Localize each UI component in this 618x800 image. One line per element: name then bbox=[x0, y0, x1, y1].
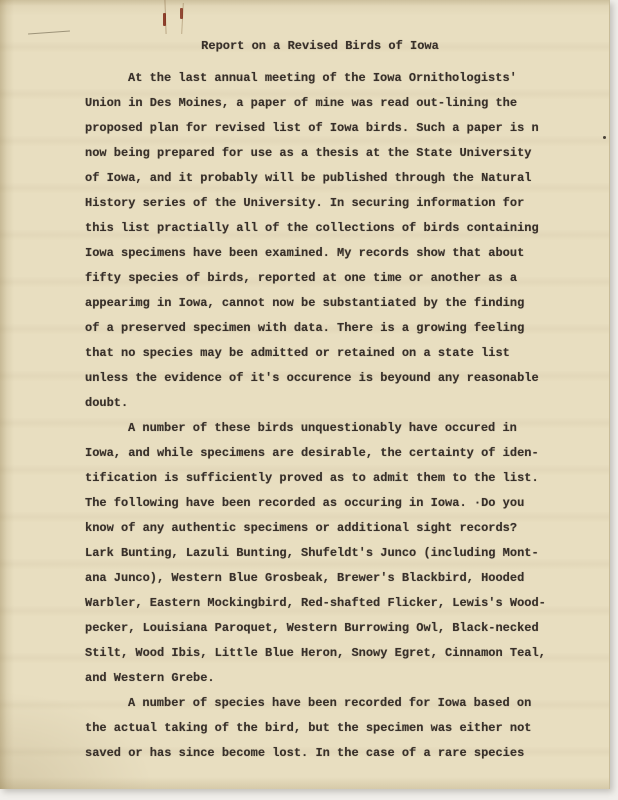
text-line: Iowa specimens have been examined. My re… bbox=[85, 241, 560, 266]
text-line: The following have been recorded as occu… bbox=[85, 491, 560, 516]
text-line: proposed plan for revised list of Iowa b… bbox=[85, 116, 560, 141]
text-line: Warbler, Eastern Mockingbird, Red-shafte… bbox=[85, 591, 560, 616]
text-line: that no species may be admitted or retai… bbox=[85, 341, 560, 366]
scratch-mark bbox=[28, 31, 70, 35]
text-line: doubt. bbox=[85, 391, 560, 416]
text-line: A number of these birds unquestionably h… bbox=[85, 416, 560, 441]
text-line: Union in Des Moines, a paper of mine was… bbox=[85, 91, 560, 116]
text-line: At the last annual meeting of the Iowa O… bbox=[85, 66, 560, 91]
rust-stain bbox=[163, 13, 166, 26]
text-line: this list practially all of the collecti… bbox=[85, 216, 560, 241]
text-line: pecker, Louisiana Paroquet, Western Burr… bbox=[85, 616, 560, 641]
text-line: Stilt, Wood Ibis, Little Blue Heron, Sno… bbox=[85, 641, 560, 666]
document-page: Report on a Revised Birds of Iowa At the… bbox=[0, 0, 610, 789]
scan-backdrop: Report on a Revised Birds of Iowa At the… bbox=[0, 0, 618, 800]
body-lines: At the last annual meeting of the Iowa O… bbox=[85, 66, 560, 766]
text-line: fifty species of birds, reported at one … bbox=[85, 266, 560, 291]
text-line: the actual taking of the bird, but the s… bbox=[85, 716, 560, 741]
text-line: Iowa, and while specimens are desirable,… bbox=[85, 441, 560, 466]
text-line: History series of the University. In sec… bbox=[85, 191, 560, 216]
text-line: tification is sufficiently proved as to … bbox=[85, 466, 560, 491]
text-line: of Iowa, and it probably will be publish… bbox=[85, 166, 560, 191]
text-line: saved or has since become lost. In the c… bbox=[85, 741, 560, 766]
text-line: know of any authentic specimens or addit… bbox=[85, 516, 560, 541]
text-line: now being prepared for use as a thesis a… bbox=[85, 141, 560, 166]
page-title: Report on a Revised Birds of Iowa bbox=[85, 34, 555, 59]
ink-speck bbox=[603, 136, 606, 139]
text-line: and Western Grebe. bbox=[85, 666, 560, 691]
rust-stain bbox=[180, 8, 183, 19]
text-line: ana Junco), Western Blue Grosbeak, Brewe… bbox=[85, 566, 560, 591]
text-line: unless the evidence of it's occurence is… bbox=[85, 366, 560, 391]
text-line: Lark Bunting, Lazuli Bunting, Shufeldt's… bbox=[85, 541, 560, 566]
text-line: appearimg in Iowa, cannot now be substan… bbox=[85, 291, 560, 316]
text-line: of a preserved specimen with data. There… bbox=[85, 316, 560, 341]
text-line: A number of species have been recorded f… bbox=[85, 691, 560, 716]
